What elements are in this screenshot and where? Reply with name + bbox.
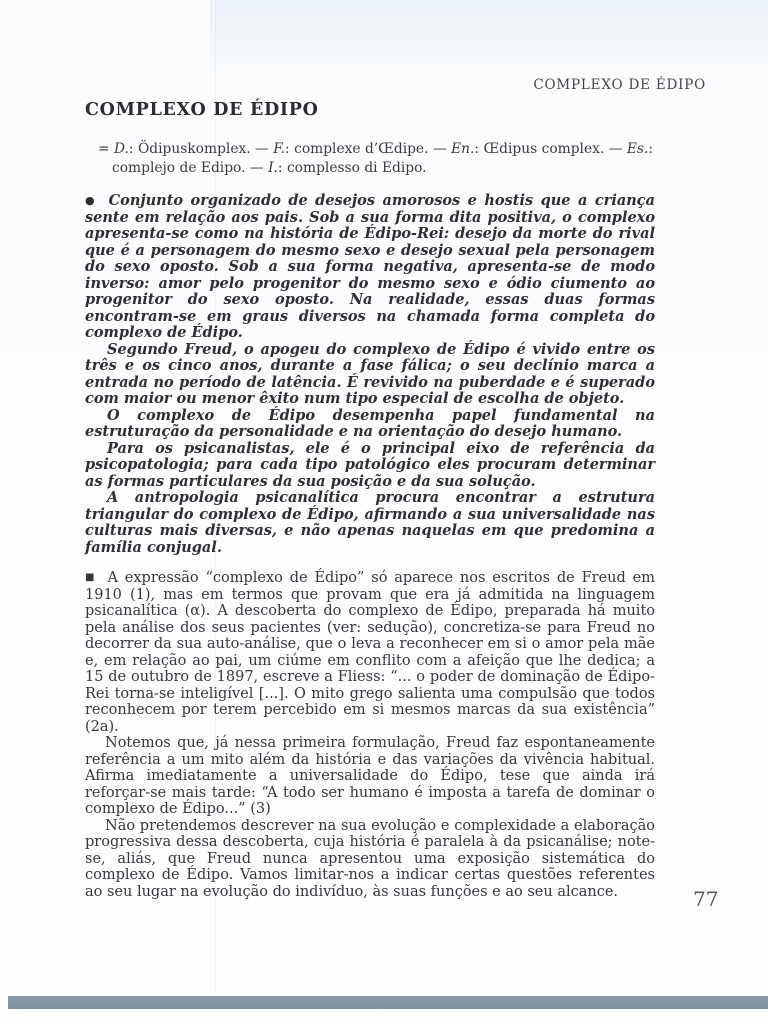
equivalents-items: D.: Ödipuskomplex. — F.: complexe d’Œdip… bbox=[112, 141, 653, 176]
definition-paragraph-text: A antropologia psicanalítica procura enc… bbox=[85, 489, 655, 556]
equivalent-term: Ödipuskomplex. bbox=[138, 141, 251, 157]
equivalents-prefix: = bbox=[98, 141, 110, 157]
definition-paragraph: Para os psicanalistas, ele é o principal… bbox=[85, 441, 655, 491]
equivalent-term: complejo de Edipo. bbox=[112, 160, 245, 176]
equivalent-language-label: I. bbox=[268, 160, 278, 176]
definition-section: ●Conjunto organizado de desejos amorosos… bbox=[85, 193, 655, 556]
entry-title: COMPLEXO DE ÉDIPO bbox=[85, 100, 655, 120]
equivalent-term: complexe d’Œdipe. bbox=[294, 141, 428, 157]
definition-paragraph: Segundo Freud, o apogeu do complexo de É… bbox=[85, 342, 655, 408]
scan-bottom-bar bbox=[8, 996, 768, 1009]
equivalent-term: complesso di Edipo. bbox=[287, 160, 427, 176]
entry-page-content: COMPLEXO DE ÉDIPO = D.: Ödipuskomplex. —… bbox=[85, 100, 655, 900]
definition-paragraph-text: Segundo Freud, o apogeu do complexo de É… bbox=[85, 341, 655, 408]
commentary-paragraph: Notemos que, já nessa primeira formulaçã… bbox=[85, 735, 655, 818]
definition-paragraph: A antropologia psicanalítica procura enc… bbox=[85, 490, 655, 556]
equivalent-item: D.: Ödipuskomplex. bbox=[114, 141, 251, 157]
commentary-paragraph-text: A expressão “complexo de Édipo” só apare… bbox=[85, 570, 655, 735]
equivalents-line: = D.: Ödipuskomplex. — F.: complexe d’Œd… bbox=[85, 140, 655, 177]
equivalent-item: F.: complexe d’Œdipe. bbox=[273, 141, 428, 157]
equivalent-item: En.: Œdipus complex. bbox=[451, 141, 604, 157]
definition-paragraph: ●Conjunto organizado de desejos amorosos… bbox=[85, 193, 655, 342]
running-head: COMPLEXO DE ÉDIPO bbox=[533, 77, 706, 93]
scan-tint-top bbox=[210, 0, 768, 80]
definition-paragraph-text: Para os psicanalistas, ele é o principal… bbox=[85, 440, 655, 490]
commentary-paragraph: ■A expressão “complexo de Édipo” só apar… bbox=[85, 570, 655, 735]
equivalent-term: Œdipus complex. bbox=[483, 141, 604, 157]
commentary-section: ■A expressão “complexo de Édipo” só apar… bbox=[85, 570, 655, 900]
definition-paragraph-text: Conjunto organizado de desejos amorosos … bbox=[85, 192, 655, 341]
equivalent-item: I.: complesso di Edipo. bbox=[268, 160, 427, 176]
commentary-paragraph-text: Não pretendemos descrever na sua evoluçã… bbox=[85, 818, 655, 900]
page-number: 77 bbox=[693, 887, 718, 911]
commentary-paragraph-text: Notemos que, já nessa primeira formulaçã… bbox=[85, 735, 655, 817]
equivalent-language-label: Es. bbox=[627, 141, 649, 157]
equivalent-language-label: D. bbox=[114, 141, 129, 157]
equivalent-language-label: F. bbox=[273, 141, 285, 157]
commentary-paragraph: Não pretendemos descrever na sua evoluçã… bbox=[85, 818, 655, 901]
definition-paragraph-text: O complexo de Édipo desempenha papel fun… bbox=[85, 407, 655, 441]
equivalent-language-label: En. bbox=[451, 141, 474, 157]
commentary-bullet-icon: ■ bbox=[85, 570, 94, 587]
definition-bullet-icon: ● bbox=[85, 193, 95, 210]
definition-paragraph: O complexo de Édipo desempenha papel fun… bbox=[85, 408, 655, 441]
